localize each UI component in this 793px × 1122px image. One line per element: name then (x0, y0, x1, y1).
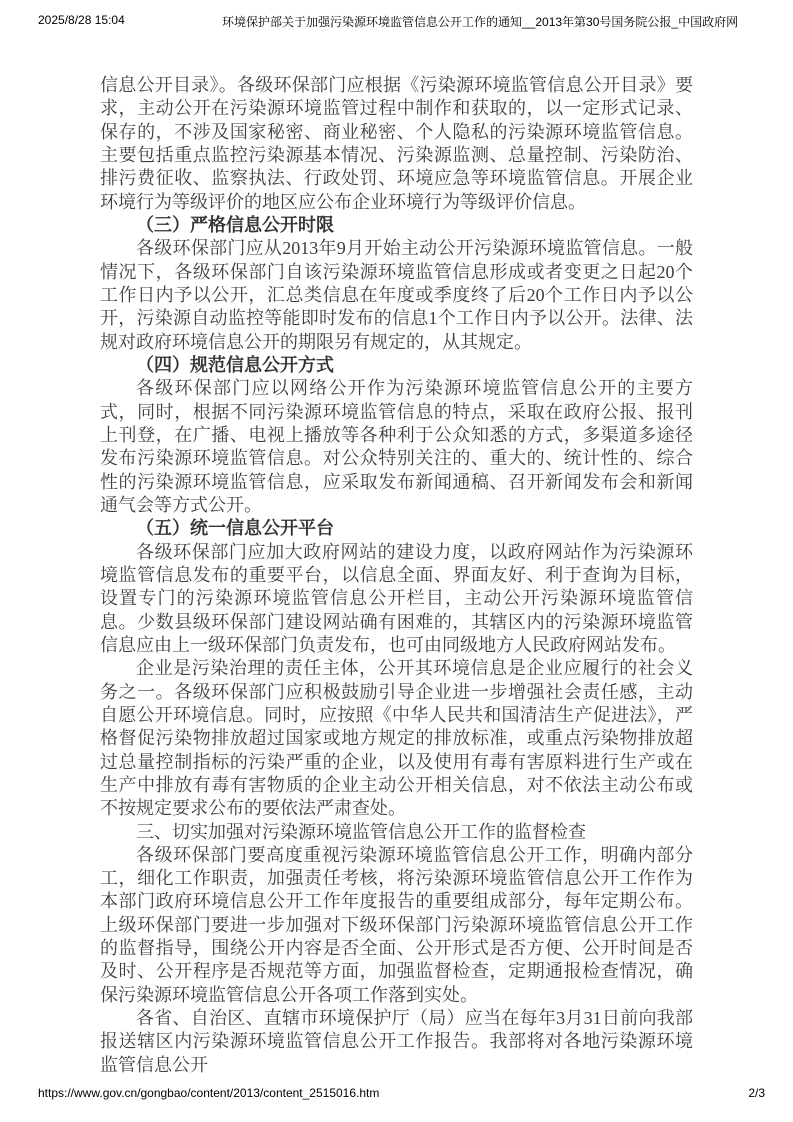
document-paragraph: 企业是污染治理的责任主体，公开其环境信息是企业应履行的社会义务之一。各级环保部门… (100, 657, 693, 820)
document-paragraph: 各级环保部门要高度重视污染源环境监管信息公开工作，明确内部分工，细化工作职责，加… (100, 844, 693, 1007)
print-title: 环境保护部关于加强污染源环境监管信息公开工作的通知__2013年第30号国务院公… (222, 13, 738, 30)
document-body: 信息公开目录》。各级环保部门应根据《污染源环境监管信息公开目录》要求，主动公开在… (100, 74, 693, 1077)
document-paragraph: 各省、自治区、直辖市环境保护厅（局）应当在每年3月31日前向我部报送辖区内污染源… (100, 1007, 693, 1077)
print-url: https://www.gov.cn/gongbao/content/2013/… (38, 1086, 379, 1100)
document-paragraph: 各级环保部门应从2013年9月开始主动公开污染源环境监管信息。一般情况下，各级环… (100, 237, 693, 354)
document-paragraph: 信息公开目录》。各级环保部门应根据《污染源环境监管信息公开目录》要求，主动公开在… (100, 74, 693, 214)
print-header: 2025/8/28 15:04 环境保护部关于加强污染源环境监管信息公开工作的通… (0, 13, 793, 29)
print-datetime: 2025/8/28 15:04 (38, 13, 125, 27)
section-heading: （五）统一信息公开平台 (100, 517, 693, 540)
section-heading: 三、切实加强对污染源环境监管信息公开工作的监督检查 (100, 821, 693, 844)
section-heading: （四）规范信息公开方式 (100, 354, 693, 377)
page-number: 2/3 (748, 1086, 765, 1100)
section-heading: （三）严格信息公开时限 (100, 214, 693, 237)
print-page: 2025/8/28 15:04 环境保护部关于加强污染源环境监管信息公开工作的通… (0, 0, 793, 1122)
print-footer: https://www.gov.cn/gongbao/content/2013/… (38, 1086, 765, 1102)
document-paragraph: 各级环保部门应加大政府网站的建设力度，以政府网站作为污染源环境监管信息发布的重要… (100, 541, 693, 658)
document-paragraph: 各级环保部门应以网络公开作为污染源环境监管信息公开的主要方式，同时，根据不同污染… (100, 377, 693, 517)
